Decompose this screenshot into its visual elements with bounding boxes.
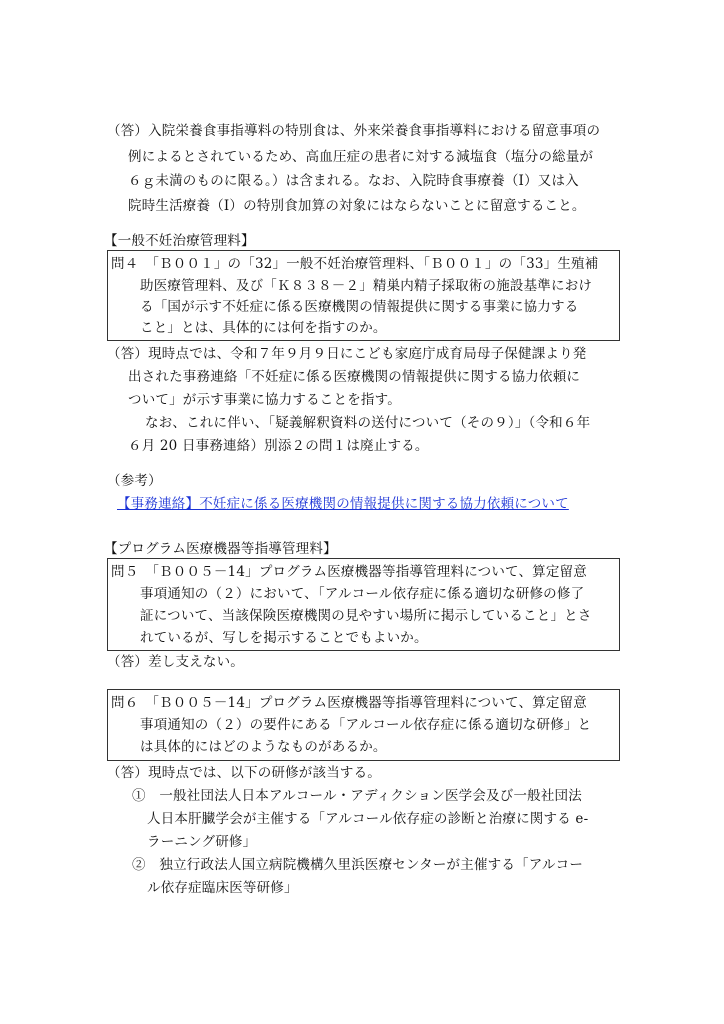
answer-line: 院時生活療養（Ⅰ）の特別食加算の対象にはならないことに留意すること。: [128, 195, 586, 217]
answer-list-item-1-cont: ラーニング研修」: [147, 831, 256, 853]
answer-line: ６ｇ未満のものに限る。）は含まれる。なお、入院時食事療養（Ⅰ）又は入: [128, 170, 579, 192]
answer-line: （答）現時点では、以下の研修が該当する。: [107, 762, 381, 784]
answer-line: ついて」が示す事業に協力することを指す。: [128, 389, 401, 411]
answer-list-item-2: ② 独立行政法人国立病院機構久里浜医療センターが主催する「アルコー: [132, 854, 583, 876]
question-line: る「国が示す不妊症に係る医療機関の情報提供に関する事業に協力する: [140, 296, 578, 318]
answer-list-item-1-cont: 人日本肝臓学会が主催する「アルコール依存症の診断と治療に関する e-: [147, 808, 588, 830]
answer-line: ６月 20 日事務連絡）別添２の問１は廃止する。: [128, 435, 429, 457]
section-heading-infertility: 【一般不妊治療管理料】: [104, 230, 255, 252]
question-line: 問４ 「Ｂ００１」の「32」一般不妊治療管理料、「Ｂ００１」の「33」生殖補: [111, 253, 598, 275]
question-line: 問６ 「Ｂ００５－14」プログラム医療機器等指導管理料について、算定留意: [111, 692, 587, 714]
answer-line: なお、これに伴い、「疑義解釈資料の送付について（その９）」（令和６年: [145, 412, 590, 434]
reference-label: （参考）: [107, 470, 162, 492]
question-line: 証について、当該保険医療機関の見やすい場所に掲示していること」とさ: [140, 605, 592, 627]
question-line: こと」とは、具体的には何を指すのか。: [140, 317, 387, 339]
question-line: 助医療管理料、及び「Ｋ８３８－２」精巣内精子採取術の施設基準におけ: [140, 275, 592, 297]
question-line: 事項通知の（２）の要件にある「アルコール依存症に係る適切な研修」と: [140, 714, 591, 736]
answer-line: 出された事務連絡「不妊症に係る医療機関の情報提供に関する協力依頼に: [128, 366, 580, 388]
answer-list-item-2-cont: ル依存症臨床医等研修」: [147, 877, 298, 899]
question-line: は具体的にはどのようなものがあるか。: [140, 736, 387, 758]
answer-list-item-1: ① 一般社団法人日本アルコール・アディクション医学会及び一般社団法: [132, 785, 582, 807]
answer-line: （答）現時点では、令和７年９月９日にこども家庭庁成育局母子保健課より発: [107, 343, 587, 365]
answer-line: 例によるとされているため、高血圧症の患者に対する減塩食（塩分の総量が: [128, 146, 593, 168]
answer-line: （答）入院栄養食事指導料の特別食は、外来栄養食事指導料における留意事項の: [107, 120, 600, 142]
question-line: 事項通知の（２）において、「アルコール依存症に係る適切な研修の修了: [140, 583, 584, 605]
question-line: 問５ 「Ｂ００５－14」プログラム医療機器等指導管理料について、算定留意: [111, 561, 587, 583]
reference-link[interactable]: 【事務連絡】不妊症に係る医療機関の情報提供に関する協力依頼について: [117, 493, 569, 515]
section-heading-program-device: 【プログラム医療機器等指導管理料】: [104, 538, 337, 560]
answer-line: （答）差し支えない。: [107, 651, 244, 673]
question-line: れているが、写しを掲示することでもよいか。: [140, 627, 428, 649]
